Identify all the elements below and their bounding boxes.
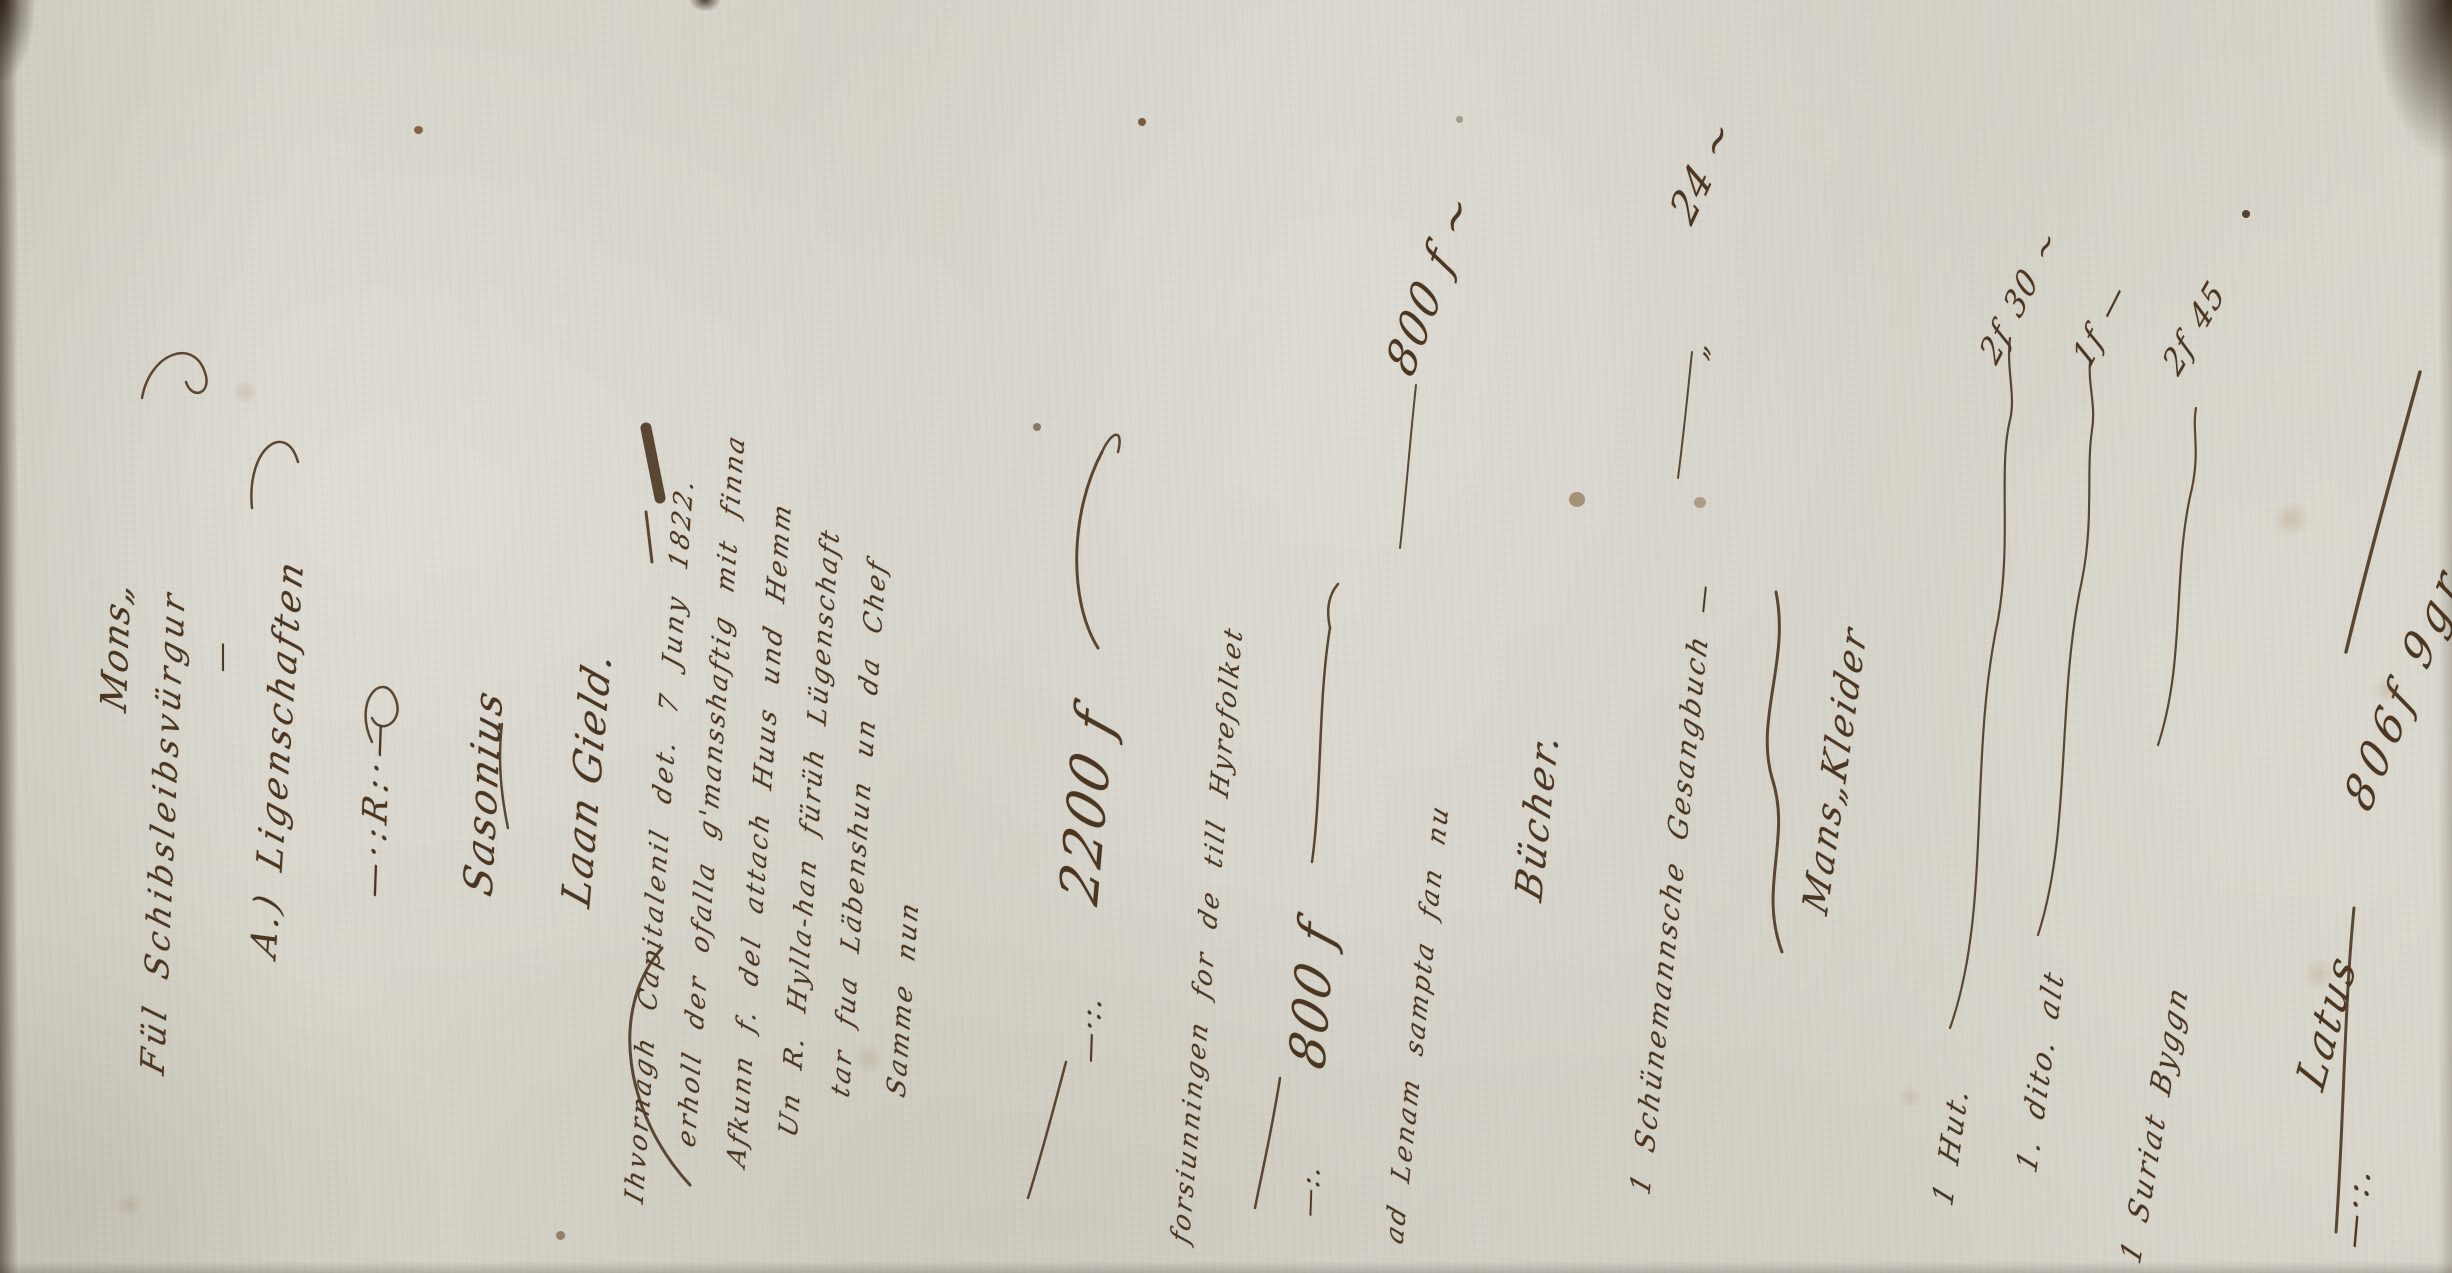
book-item-line: 1 Schünemannsche Gesangbuch — xyxy=(1626,577,1719,1199)
page-edge-left xyxy=(0,0,18,1273)
clothing-item-label: 1 Suriat Byggn xyxy=(2116,980,2193,1268)
header-line-1: Mons„ xyxy=(96,576,138,716)
latus-flourish: —·:. xyxy=(2336,1159,2378,1254)
amount-primary-2200: 2200 f xyxy=(1052,700,1124,911)
amount-lead-flourish: —:. xyxy=(1294,1160,1325,1221)
foxing-spot xyxy=(414,126,423,134)
manuscript-photo: Mons„ Fül Schibsleibsvürgur — A.) Ligens… xyxy=(0,0,2452,1273)
clothing-item-amount: 2f 45 xyxy=(2158,274,2231,382)
stain-blotch xyxy=(116,1192,142,1218)
paragraph-line: Samme nun xyxy=(884,897,924,1101)
page-edge-top-notch xyxy=(690,0,720,11)
amount-secondary-800: 800 f xyxy=(1282,914,1344,1075)
foxing-spot xyxy=(2242,210,2250,218)
section-heading-buecher: Bücher. xyxy=(1510,725,1566,906)
header-line-2: Fül Schibsleibsvürgur xyxy=(136,585,191,1078)
book-corner-top-right xyxy=(2374,0,2452,160)
amount-carry-24: 24 ~ xyxy=(1664,110,1742,233)
ditto-mark: „ xyxy=(1682,335,1714,364)
amount-lead-flourish: —·:. xyxy=(1074,991,1108,1067)
latus-amount: 806f 9gr ~ xyxy=(2338,493,2452,820)
header-divider-dash: — xyxy=(206,638,238,676)
clothing-item-label: 1. dito. alt xyxy=(2012,965,2069,1177)
book-corner-top-left xyxy=(0,0,34,80)
header-line-3: A.) Ligenschaften xyxy=(246,554,311,963)
foxing-spot xyxy=(1033,423,1041,431)
foxing-spot xyxy=(1694,497,1706,508)
section-heading-sasonius: Sasonius xyxy=(458,684,510,901)
foxing-spot xyxy=(1569,492,1585,507)
foxing-spot xyxy=(1138,118,1146,126)
latus-label: Latus xyxy=(2290,946,2364,1097)
stain-blotch xyxy=(1898,1086,1922,1108)
line-ad-lenam: ad Lenam sampta fan nu xyxy=(1382,800,1454,1247)
section-heading-mans-kleider: Mans„Kleider xyxy=(1798,620,1874,919)
clothing-item-label: 1 Hut. xyxy=(1928,1081,1974,1210)
foxing-spot xyxy=(1456,116,1463,123)
clothing-item-amount: 2f 30 ~ xyxy=(1975,221,2066,370)
clothing-item-amount: 1f — xyxy=(2068,275,2133,375)
page-edge-bottom xyxy=(0,1261,2452,1273)
foxing-spot xyxy=(556,1231,565,1240)
amount-tertiary-800: 800 f ~ xyxy=(1380,183,1483,385)
stain-blotch xyxy=(2272,502,2310,536)
header-ornament: —·:R:·— xyxy=(356,712,398,902)
stain-blotch xyxy=(232,380,258,404)
line-hyrefolket: forsiunningen for de till Hyrefolket xyxy=(1168,622,1248,1247)
section-heading-laan-gield: Laan Gield. xyxy=(556,645,619,912)
